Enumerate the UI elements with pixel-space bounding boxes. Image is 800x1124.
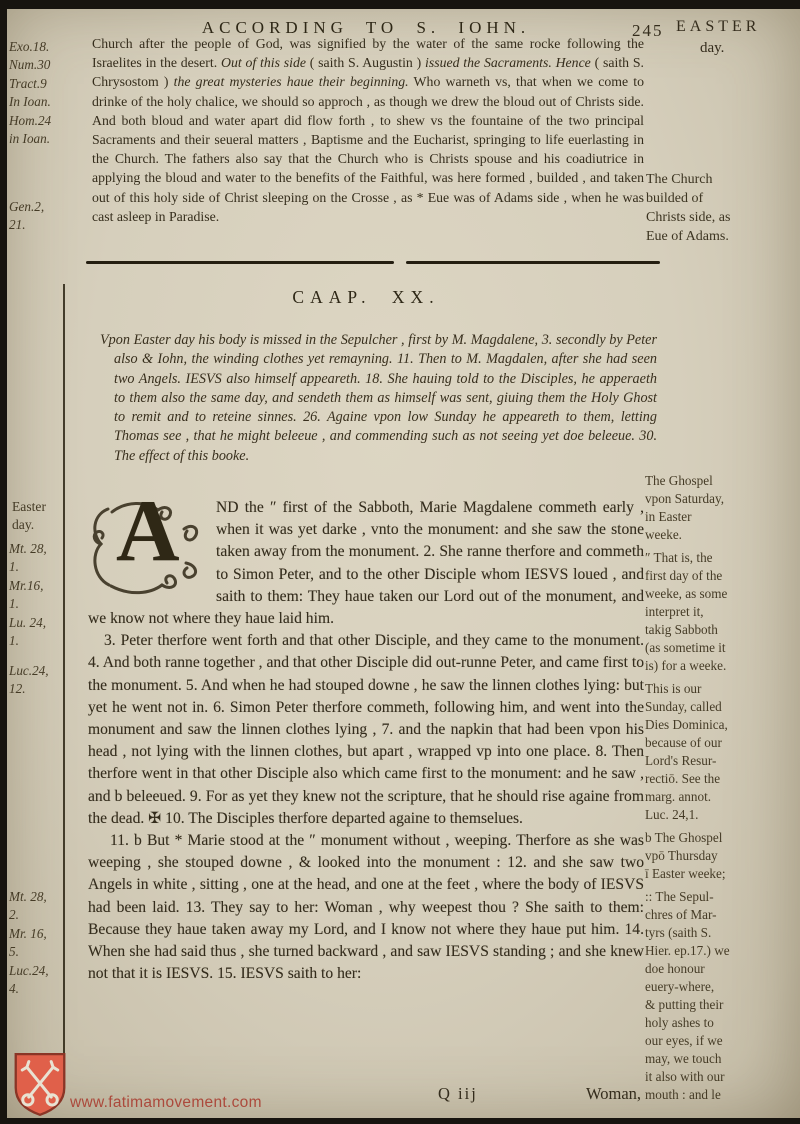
watermark-url: www.fatimamovement.com [70,1094,262,1112]
running-note-day: day. [700,40,724,57]
margin-note-easter-day: Easter day. [12,498,84,535]
scan-edge-top [0,0,800,9]
verse-paragraph-2: 3. Peter therfore went forth and that ot… [88,630,644,830]
margin-note-dies-dominica: This is our Sunday, called Dies Dominica… [645,680,797,824]
scanned-bible-page: ACCORDING TO S. IOHN. 245 EASTER day. Ex… [0,0,800,1124]
verse-paragraph-1: A ND the ″ first of the Sabboth, Marie M… [88,497,644,630]
margin-note-genesis: Gen.2, 21. [9,198,89,235]
scan-edge-bottom [0,1118,800,1124]
ornamental-dropcap: A [88,499,210,596]
verse-paragraph-3: 11. b But * Marie stood at the ″ monumen… [88,830,644,985]
scan-edge-left [0,0,7,1124]
papal-keys-crest-icon [12,1050,68,1118]
margin-note-gospel-refs-1: Mt. 28, 1. Mr.16, 1. Lu. 24, 1. [9,540,85,650]
running-note-easter: EASTER [676,18,760,36]
margin-note-church-builded: The Church builded of Christs side, as E… [646,170,796,246]
margin-note-gospel-refs-3: Mt. 28, 2. Mr. 16, 5. Luc.24, 4. [9,888,85,998]
intro-annotation-paragraph: Church after the people of God, was sign… [92,34,644,226]
margin-note-gospel-saturday: The Ghospel vpon Saturday, in Easter wee… [645,472,797,544]
divider-rule-left [86,261,394,264]
dropcap-letter: A [116,483,180,580]
margin-note-first-day: ″ That is, the first day of the weeke, a… [645,549,797,675]
chapter-heading: CAAP. XX. [92,287,640,308]
right-margin-column: The Ghospel vpon Saturday, in Easter wee… [645,472,797,1104]
quire-signature: Q iij [438,1084,478,1104]
margin-note-gospel-refs-2: Luc.24, 12. [9,662,85,699]
divider-rule-right [406,261,660,264]
scripture-text-block: A ND the ″ first of the Sabboth, Marie M… [88,497,644,985]
margin-note-citations-top: Exo.18. Num.30 Tract.9 In Ioan. Hom.24 i… [9,38,89,148]
chapter-summary: Vpon Easter day his body is missed in th… [100,331,657,466]
margin-note-sepulchres: :: The Sepul- chres of Mar- tyrs (saith … [645,888,797,1104]
catchword: Woman, [586,1084,641,1104]
verse-text-3: 11. b But * Marie stood at the ″ monumen… [88,832,644,982]
verse-text-2: 3. Peter therfore went forth and that ot… [88,632,644,827]
margin-note-gospel-thursday: b The Ghospel vpō Thursday ī Easter week… [645,829,797,883]
